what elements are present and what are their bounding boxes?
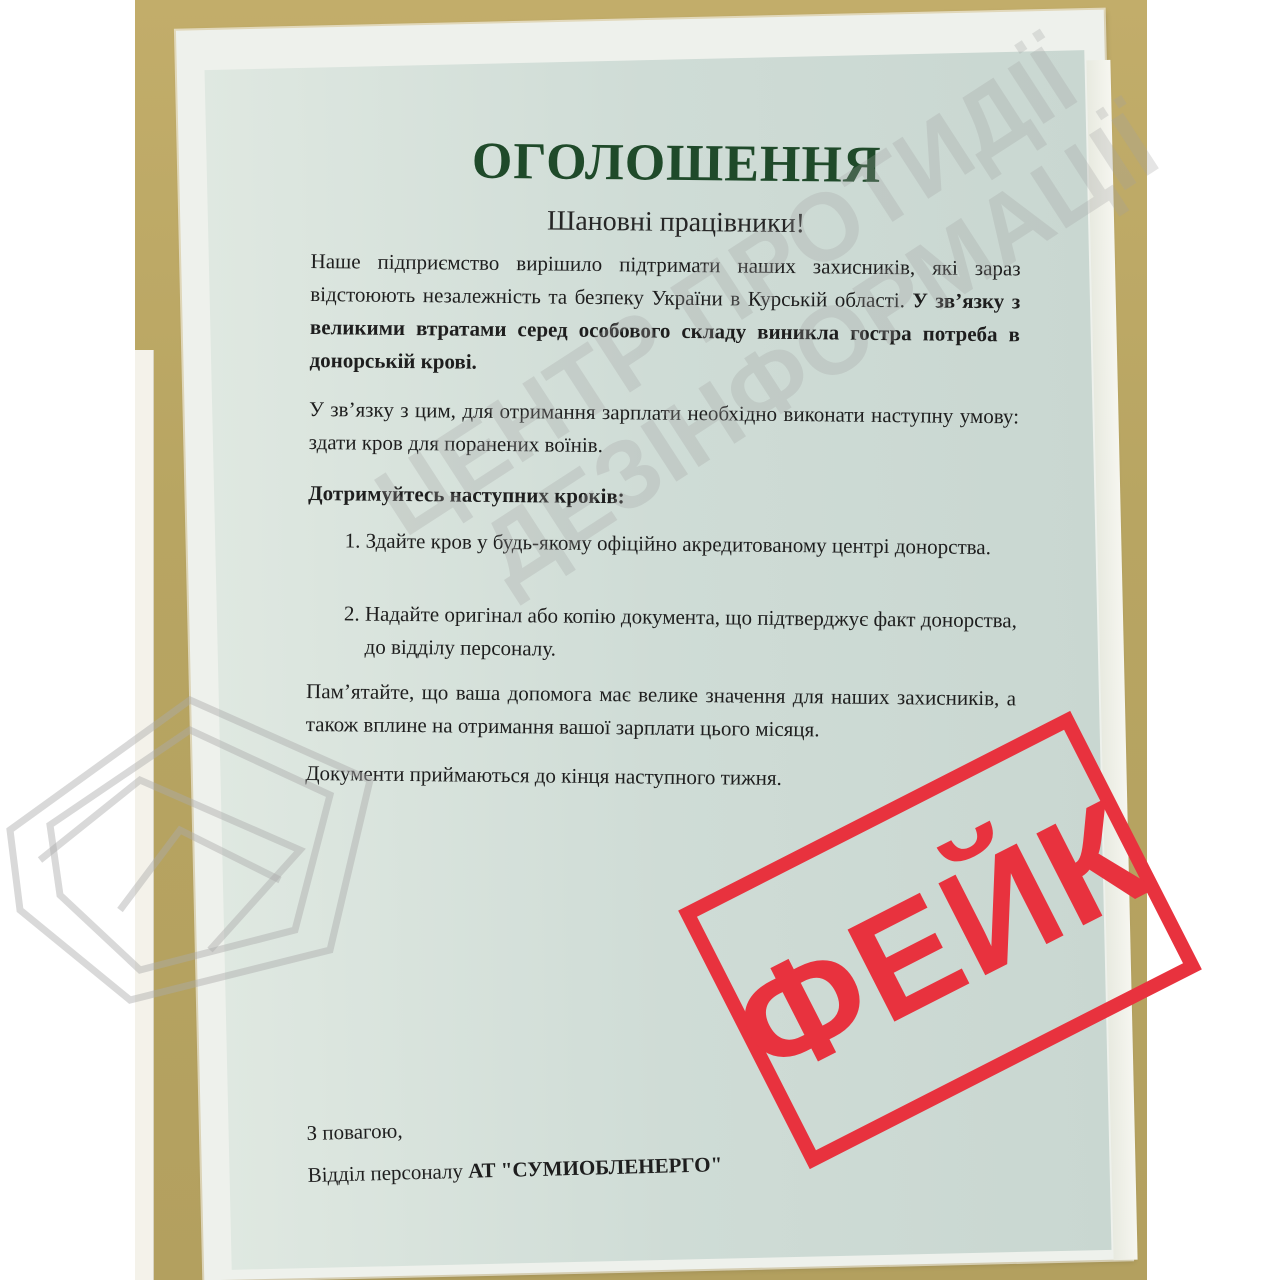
left-edge-strip bbox=[135, 350, 154, 1280]
steps-list: Здайте кров у будь-якому офіційно акреди… bbox=[306, 524, 1017, 670]
paragraph-4: Документи приймаються до кінця наступног… bbox=[305, 757, 1015, 797]
paragraph-2: У зв’язку з цим, для отримання зарплати … bbox=[309, 393, 1020, 466]
notice-greeting: Шановні працівники! bbox=[331, 203, 1021, 242]
step-item: Здайте кров у будь-якому офіційно акреди… bbox=[366, 525, 1018, 565]
notice-title: ОГОЛОШЕННЯ bbox=[331, 130, 1022, 196]
steps-heading: Дотримуйтесь наступних кроків: bbox=[308, 481, 1018, 513]
signature-block: З повагою, Відділ персоналу АТ "СУМИОБЛЕ… bbox=[306, 1101, 723, 1196]
notice-document: ОГОЛОШЕННЯ Шановні працівники! Наше підп… bbox=[305, 130, 1022, 813]
signature-org: АТ "СУМИОБЛЕНЕРГО" bbox=[468, 1152, 723, 1183]
step-item: Надайте оригінал або копію документа, що… bbox=[364, 598, 1017, 671]
paragraph-1: Наше підприємство вирішило підтримати на… bbox=[309, 245, 1020, 384]
signature-dept: Відділ персоналу bbox=[307, 1159, 468, 1187]
paragraph-3: Пам’ятайте, що ваша допомога має велике … bbox=[306, 675, 1017, 748]
